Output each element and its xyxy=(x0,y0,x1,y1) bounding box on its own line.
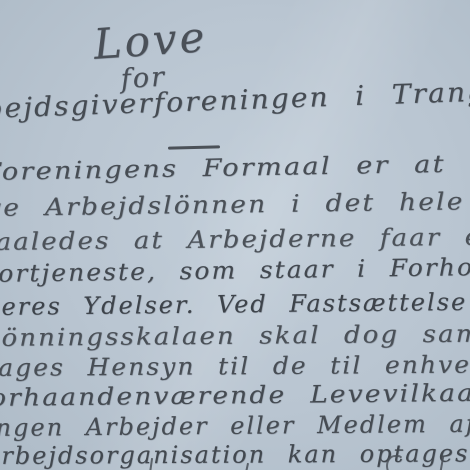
handwritten-line: Lönningsskalaen skal dog samti xyxy=(0,319,470,352)
handwritten-line: Fortjeneste, som staar i Forhold xyxy=(0,253,470,288)
manuscript-page: Love for bejdsgiverforeningen i Trangsvi… xyxy=(0,0,470,470)
cut-off-stroke xyxy=(386,455,404,470)
handwritten-line: tages Hensyn til de til enhver xyxy=(0,351,470,382)
document-title: Love xyxy=(92,12,209,69)
handwritten-line: deres Ydelser. Ved Fastsættelse xyxy=(0,288,467,321)
handwritten-line: Foreningens Formaal er at hæ xyxy=(0,149,470,186)
handwritten-line: ve Arbejdslönnen i det hele tag xyxy=(0,186,470,222)
handwritten-line: forhaandenværende Levevilkaar xyxy=(0,379,470,412)
section-divider xyxy=(168,145,220,149)
handwritten-line: saaledes at Arbejderne faar en xyxy=(0,223,470,256)
title-line-organisation: bejdsgiverforeningen i Trangsvig xyxy=(0,74,470,125)
handwritten-line: Ingen Arbejder eller Medlem af en xyxy=(0,409,470,442)
